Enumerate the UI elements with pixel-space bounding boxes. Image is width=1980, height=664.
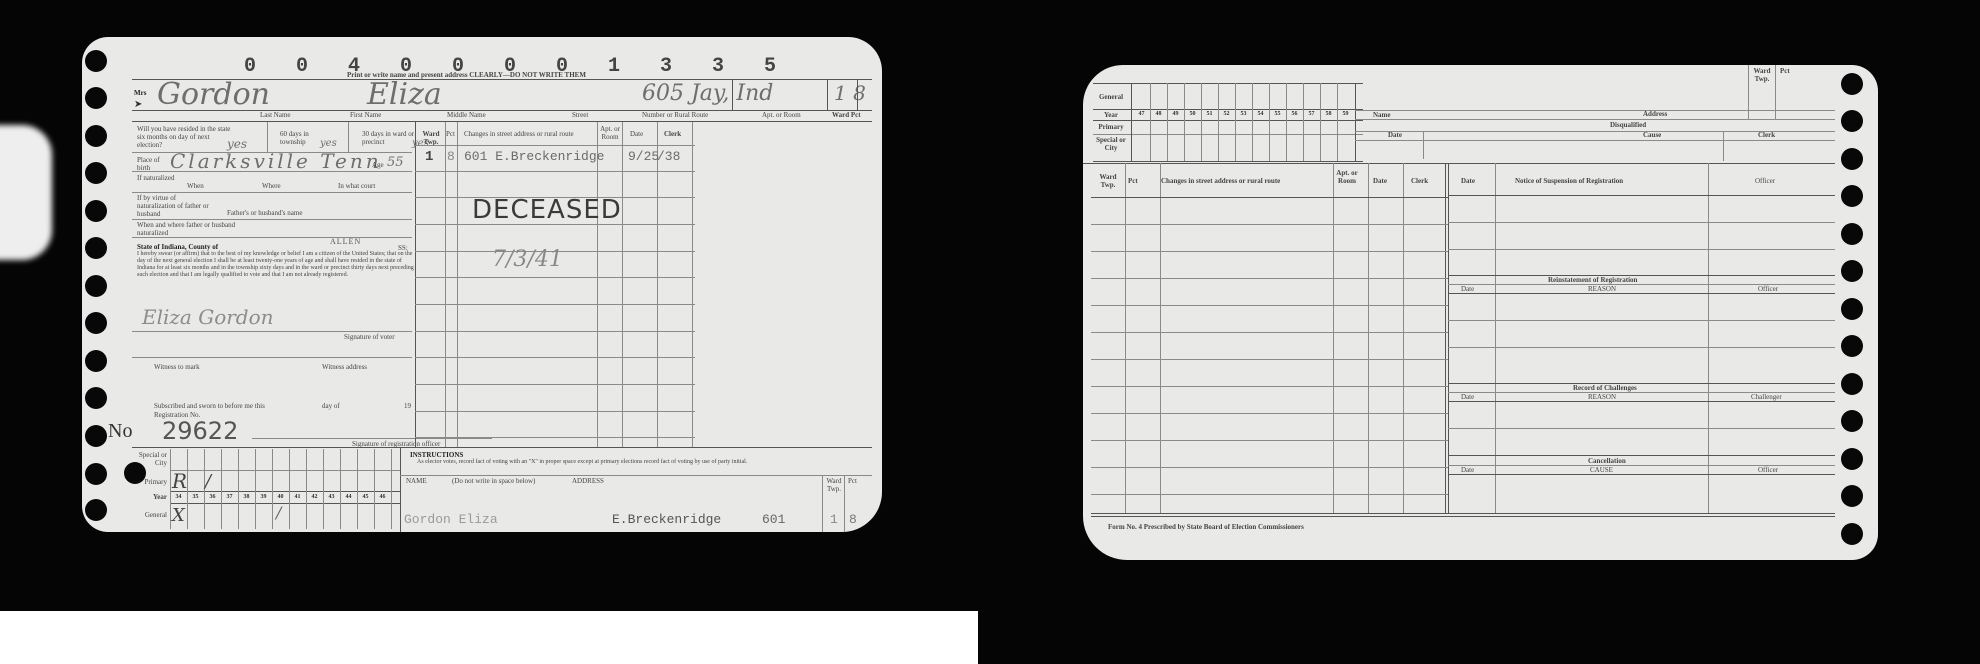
rule: [1125, 163, 1126, 513]
punch-hole-icon: [1841, 298, 1863, 320]
rule: [415, 331, 695, 332]
label-ward-pct: Ward Pct: [832, 111, 861, 119]
rule: [267, 122, 268, 152]
rule: [1218, 83, 1219, 161]
rule: [1448, 383, 1835, 384]
punch-hole-icon: [1841, 260, 1863, 282]
rule: [170, 449, 171, 529]
cancellation-title: Cancellation: [1588, 457, 1626, 465]
row-label-year: Year: [137, 493, 167, 501]
rule: [1448, 455, 1835, 456]
rule: [132, 110, 872, 111]
rule: [1093, 120, 1363, 121]
suspension-title: Notice of Suspension of Registration: [1515, 177, 1623, 185]
stub-name-label: NAME: [406, 477, 427, 485]
rule: [822, 475, 823, 532]
rule: [1093, 83, 1363, 84]
fathers-name-label: Father's or husband's name: [227, 209, 302, 217]
rule: [1448, 195, 1835, 196]
punch-hole-icon: [1841, 148, 1863, 170]
rule: [1448, 293, 1835, 294]
reinstatement-header-officer: Officer: [1758, 285, 1778, 293]
rule: [1448, 320, 1835, 321]
changes-header-apt: Apt. or Room: [599, 125, 621, 141]
rule: [1448, 474, 1835, 475]
punch-hole-icon: [85, 87, 107, 109]
age-label: Age: [372, 161, 384, 169]
by-virtue-label: If by virtue of naturalization of father…: [137, 194, 212, 218]
instructions-text: As elector votes, record fact of voting …: [417, 459, 837, 466]
rule: [1368, 163, 1369, 513]
punch-hole-icon: [1841, 335, 1863, 357]
rule: [1748, 65, 1749, 120]
subscribed-label: Subscribed and sworn to before me this: [154, 402, 265, 410]
back-pct-label: Pct: [1780, 67, 1790, 75]
rule: [306, 449, 307, 529]
rule: [132, 171, 412, 172]
rule: [1091, 513, 1835, 514]
rule: [132, 219, 412, 220]
punch-hole-icon: [1841, 523, 1863, 545]
reinstatement-header-date: Date: [1461, 285, 1474, 293]
rule: [1167, 83, 1168, 161]
rule: [132, 331, 412, 332]
rule: [415, 357, 695, 358]
oath-state-county: State of Indiana, County of: [137, 243, 218, 251]
year-label: 59: [1337, 111, 1354, 117]
registration-number: 29622: [162, 417, 238, 445]
rule: [857, 80, 858, 110]
rule: [323, 449, 324, 529]
rule: [415, 304, 695, 305]
changes-header-date: Date: [630, 130, 643, 138]
row-label-primary: Primary: [137, 478, 167, 486]
rule: [1355, 83, 1356, 161]
changes-header-clerk: Clerk: [664, 130, 681, 138]
name-label: Name: [1373, 111, 1391, 119]
rule: [391, 449, 392, 529]
rule: [132, 357, 412, 358]
row-label-year: Year: [1093, 111, 1129, 119]
rule: [221, 449, 222, 529]
when-label: When: [187, 182, 204, 190]
rule: [1269, 83, 1270, 161]
rule: [1448, 347, 1835, 348]
general-mark-34: X: [172, 505, 185, 526]
changes-header-ward: Ward Twp.: [420, 130, 442, 146]
signature-voter-label: Signature of voter: [344, 333, 395, 341]
row-label-primary: Primary: [1093, 123, 1129, 131]
when-where-father-label: When and where father or husband natural…: [137, 221, 237, 237]
registration-card-back: General Year Primary Special or City 47 …: [1083, 65, 1878, 560]
rule: [1235, 83, 1236, 161]
rule: [400, 475, 872, 476]
punch-hole-icon: [1841, 410, 1863, 432]
year-label: 39: [255, 494, 272, 500]
oath-county-value: ALLEN: [330, 237, 361, 246]
row-label-general: General: [1093, 93, 1129, 101]
punch-hole-icon: [1841, 373, 1863, 395]
rule: [1448, 249, 1835, 250]
year-label: 35: [187, 494, 204, 500]
primary-mark-34: R: [172, 469, 187, 493]
rule: [1320, 83, 1321, 161]
stub-pct-value: 8: [849, 512, 857, 527]
changes-row-pct: 8: [447, 149, 455, 164]
rule: [1091, 305, 1448, 306]
punch-hole-icon: [1841, 110, 1863, 132]
rule: [289, 449, 290, 529]
label-last-name: Last Name: [260, 111, 291, 119]
rule: [1445, 163, 1446, 513]
year-label: 19: [404, 402, 411, 410]
clerk-label: Clerk: [1758, 131, 1775, 139]
punch-hole-icon: [85, 275, 107, 297]
punch-hole-icon: [85, 200, 107, 222]
year-label: 55: [1269, 111, 1286, 117]
where-label: Where: [262, 182, 281, 190]
rule: [1423, 131, 1424, 159]
back-changes-header-clerk: Clerk: [1411, 177, 1428, 185]
rule: [415, 145, 695, 146]
rule: [238, 449, 239, 529]
rule: [1131, 83, 1132, 161]
rule: [132, 121, 872, 122]
form-footer: Form No. 4 Prescribed by State Board of …: [1108, 523, 1304, 531]
rule: [1091, 494, 1448, 495]
label-middle-name: Middle Name: [447, 111, 486, 119]
rule: [1201, 83, 1202, 161]
changes-row-ward: 1: [425, 149, 433, 165]
year-label: 36: [204, 494, 221, 500]
rule: [1091, 413, 1448, 414]
deceased-stamp: DECEASED: [472, 195, 622, 225]
last-name-value: Gordon: [157, 77, 270, 112]
rule: [415, 411, 695, 412]
challenges-title: Record of Challenges: [1573, 384, 1637, 392]
voting-record-grid: Special or City Primary Year General 34 …: [132, 449, 342, 529]
rule: [1495, 163, 1496, 513]
arrow-icon: ➤: [134, 99, 142, 110]
punch-hole-icon: [1841, 448, 1863, 470]
stub-name-value: Gordon Eliza: [404, 512, 498, 527]
rule: [1091, 359, 1448, 360]
stub-address-label: ADDRESS: [572, 477, 604, 485]
year-label: 45: [357, 494, 374, 500]
rule: [1448, 222, 1835, 223]
back-changes-header-date: Date: [1373, 177, 1387, 185]
rule: [1150, 83, 1151, 161]
suspension-header-officer: Officer: [1755, 177, 1775, 185]
rule: [374, 449, 375, 529]
back-changes-header-address: Changes in street address or rural route: [1161, 177, 1280, 185]
white-mask-region: [0, 611, 978, 664]
rule: [1091, 224, 1448, 225]
stub-do-not-write: (Do not write in space below): [452, 477, 535, 485]
rule: [415, 277, 695, 278]
rule: [1091, 278, 1448, 279]
year-label: 38: [238, 494, 255, 500]
rule: [1355, 140, 1835, 141]
punch-hole-icon: [85, 387, 107, 409]
rule: [415, 171, 695, 172]
challenges-header-date: Date: [1461, 393, 1474, 401]
year-label: 41: [289, 494, 306, 500]
stub-ward-label: Ward Twp.: [824, 477, 844, 493]
rule: [1160, 163, 1161, 513]
rule: [1286, 83, 1287, 161]
rule: [272, 449, 273, 529]
year-label: 46: [374, 494, 391, 500]
punch-hole-icon: [85, 499, 107, 521]
street-address-value: 605 Jay, Ind: [642, 81, 773, 106]
row-label-special: Special or City: [137, 451, 167, 467]
year-label: 34: [170, 494, 187, 500]
rule: [415, 384, 695, 385]
rule: [400, 448, 401, 532]
rule: [732, 80, 733, 110]
year-label: 54: [1252, 111, 1269, 117]
address-label: Address: [1643, 110, 1667, 118]
changes-header-pct: Pct: [446, 130, 455, 138]
punch-hole-icon: [85, 312, 107, 334]
first-name-value: Eliza: [367, 77, 442, 112]
rule: [1337, 83, 1338, 161]
year-label: 43: [323, 494, 340, 500]
birth-label: Place of birth: [137, 156, 167, 172]
row-label-special: Special or City: [1093, 136, 1129, 152]
back-ward-label: Ward Twp.: [1751, 67, 1773, 83]
challenges-header-reason: REASON: [1588, 393, 1616, 401]
year-label: 56: [1286, 111, 1303, 117]
rule: [1355, 110, 1835, 111]
suspension-header-date: Date: [1461, 177, 1475, 185]
rule: [1091, 440, 1448, 441]
punch-hole-icon: [1841, 185, 1863, 207]
deceased-date: 7/3/41: [492, 247, 563, 272]
reinstatement-title: Reinstatement of Registration: [1548, 276, 1637, 284]
rule: [1708, 163, 1709, 513]
year-label: 47: [1133, 111, 1150, 117]
rule: [252, 438, 492, 439]
rule: [1448, 401, 1835, 402]
punch-hole-icon: [85, 50, 107, 72]
punch-hole-icon: [85, 425, 107, 447]
rule: [827, 80, 828, 110]
rule: [1091, 516, 1835, 517]
stub-ward-value: 1: [830, 512, 838, 527]
age-value: 55: [387, 155, 404, 170]
label-street: Street: [572, 111, 588, 119]
rule: [1403, 163, 1404, 513]
ward-pct-value: 1 8: [834, 81, 866, 105]
rule: [1448, 275, 1835, 276]
residency-answer-township: yes: [320, 138, 337, 149]
residency-question-state: Will you have resided in the state six m…: [137, 125, 232, 149]
year-label: 51: [1201, 111, 1218, 117]
rule: [1093, 109, 1363, 110]
disqualified-date-label: Date: [1388, 131, 1402, 139]
oath-text: I hereby swear (or affirm) that to the b…: [137, 251, 415, 279]
punch-hole-icon: [85, 237, 107, 259]
rule: [1355, 119, 1835, 120]
primary-mark-36: /: [205, 471, 211, 492]
rule: [1083, 163, 1835, 164]
cancellation-header-officer: Officer: [1758, 466, 1778, 474]
rule: [1093, 161, 1363, 162]
rule: [187, 449, 188, 529]
year-label: 50: [1184, 111, 1201, 117]
label-first-name: First Name: [350, 111, 381, 119]
rule: [1093, 134, 1363, 135]
general-mark-40: /: [276, 503, 281, 522]
rule: [1775, 65, 1776, 120]
if-naturalized-label: If naturalized: [137, 174, 175, 182]
rule: [1448, 428, 1835, 429]
row-label-general: General: [137, 511, 167, 519]
cancellation-header-cause: CAUSE: [1590, 466, 1613, 474]
witness-address-label: Witness address: [322, 363, 367, 371]
year-label: 44: [340, 494, 357, 500]
year-label: 48: [1150, 111, 1167, 117]
changes-header-address: Changes in street address or rural route: [464, 130, 574, 138]
rule: [1091, 467, 1448, 468]
year-label: 37: [221, 494, 238, 500]
registration-card-front: 0 0 4 0 0 0 0 1 3 3 5 Print or write nam…: [82, 37, 882, 532]
changes-row-date: 9/25: [628, 149, 659, 164]
label-number: Number or Rural Route: [642, 111, 708, 119]
year-label: 52: [1218, 111, 1235, 117]
rule: [1091, 197, 1448, 198]
rule: [1448, 163, 1449, 513]
punch-hole-icon: [1841, 223, 1863, 245]
birth-place-value: Clarksville Tenn: [170, 149, 382, 173]
title-prefix: Mrs: [134, 89, 146, 97]
rule: [132, 192, 412, 193]
changes-row-address: 601 E.Breckenridge: [464, 149, 604, 164]
rule: [1091, 332, 1448, 333]
registration-number-prefix: No: [108, 420, 132, 443]
rule: [357, 449, 358, 529]
rule: [132, 447, 872, 448]
day-of-label: day of: [322, 402, 340, 410]
rule: [844, 475, 845, 532]
back-changes-header-ward: Ward Twp.: [1093, 173, 1123, 189]
rule: [1303, 83, 1304, 161]
rule: [255, 449, 256, 529]
instructions-title: INSTRUCTIONS: [410, 451, 463, 459]
punch-hole-icon: [85, 350, 107, 372]
stub-address-value: E.Breckenridge: [612, 512, 721, 527]
stub-pct-label: Pct: [848, 477, 857, 485]
changes-row-clerk: /38: [657, 149, 680, 164]
punch-hole-icon: [1841, 485, 1863, 507]
voting-record-grid-back: General Year Primary Special or City 47 …: [1093, 83, 1363, 168]
blurred-object: [0, 125, 52, 260]
punch-hole-icon: [1841, 73, 1863, 95]
punch-hole-icon: [85, 463, 107, 485]
rule: [1184, 83, 1185, 161]
voter-signature: Eliza Gordon: [142, 305, 274, 329]
court-label: In what court: [338, 182, 375, 190]
rule: [132, 237, 412, 238]
punch-hole-icon: [85, 125, 107, 147]
rule: [415, 437, 695, 438]
rule: [348, 122, 349, 152]
witness-mark-label: Witness to mark: [154, 363, 200, 371]
challenges-header-challenger: Challenger: [1751, 393, 1782, 401]
rule: [1723, 131, 1724, 161]
year-label: 57: [1303, 111, 1320, 117]
rule: [1091, 251, 1448, 252]
year-label: 40: [272, 494, 289, 500]
year-label: 53: [1235, 111, 1252, 117]
punch-hole-icon: [85, 162, 107, 184]
rule: [1252, 83, 1253, 161]
disqualified-label: Disqualified: [1610, 121, 1646, 129]
year-label: 49: [1167, 111, 1184, 117]
rule: [1091, 386, 1448, 387]
stub-number-value: 601: [762, 512, 785, 527]
cause-label: Cause: [1643, 131, 1661, 139]
cancellation-header-date: Date: [1461, 466, 1474, 474]
year-label: 58: [1320, 111, 1337, 117]
back-changes-header-pct: Pct: [1128, 177, 1138, 185]
rule: [1333, 163, 1334, 513]
label-apt: Apt. or Room: [762, 111, 801, 119]
rule: [340, 449, 341, 529]
back-changes-header-apt: Apt. or Room: [1331, 169, 1363, 185]
reinstatement-header-reason: REASON: [1588, 285, 1616, 293]
year-label: 42: [306, 494, 323, 500]
